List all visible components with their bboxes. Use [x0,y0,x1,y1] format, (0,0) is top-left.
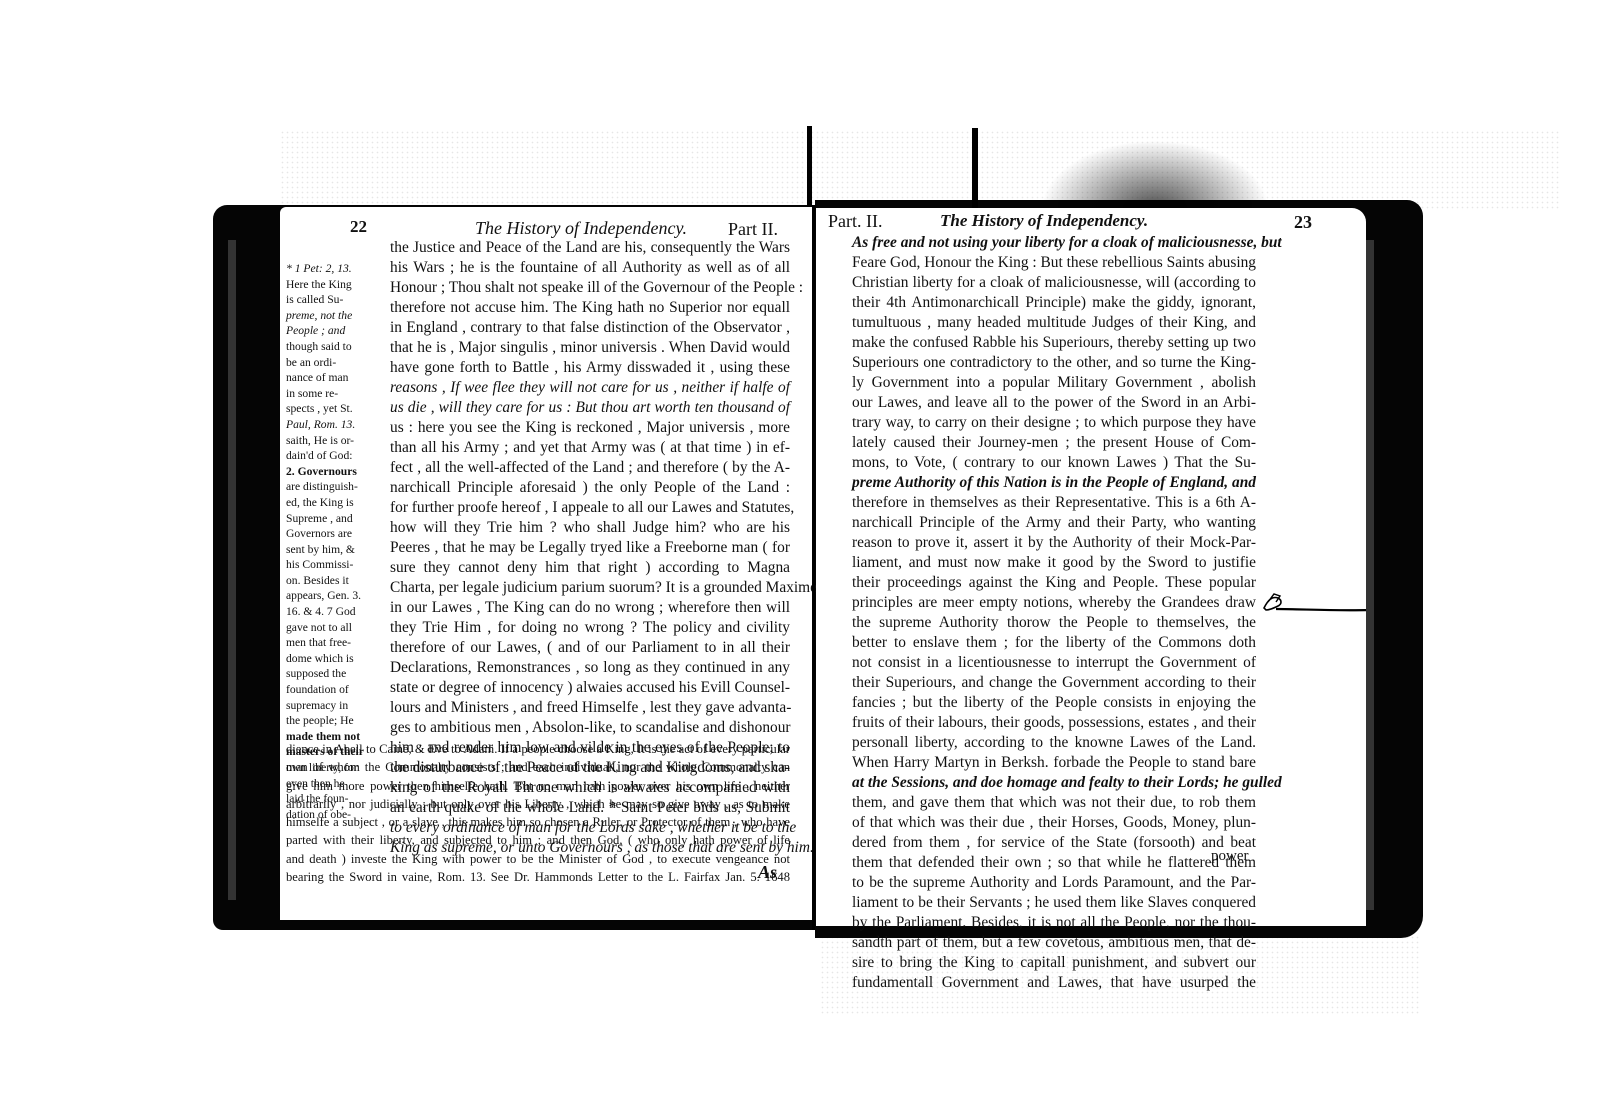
body-line: the supreme Authority thorow the People … [852,613,1256,633]
body-line: reasons , If wee flee they will not care… [390,378,790,398]
body-line: When Harry Martyn in Berksh. forbade the… [852,753,1256,773]
body-line: at the Sessions, and doe homage and feal… [852,773,1256,793]
body-line: better to enslave them ; for the liberty… [852,633,1256,653]
body-line: mons, to Vote, ( contrary to our known L… [852,453,1256,473]
right-body-text: As free and not using your liberty for a… [852,233,1256,993]
spine-mark-right [972,128,978,210]
pointing-hand-icon [1262,590,1372,620]
left-page-number: 22 [350,217,367,237]
body-line: narchicall Principle of the Army and the… [852,513,1256,533]
right-running-title: The History of Independency. [940,211,1148,231]
scan-noise-top [280,130,1560,210]
margin-line: Governors are [286,526,386,542]
book-gutter [812,205,815,930]
body-line: ges to ambitious men , Absolon-like, to … [390,718,790,738]
margin-line: dain'd of God: [286,448,386,464]
body-line: not consist in a licentiousnesse to inte… [852,653,1256,673]
body-line: their proceedings against the King and P… [852,573,1256,593]
body-line: therefore of our Lawes, ( and of our Par… [390,638,790,658]
body-line: the Justice and Peace of the Land are hi… [390,238,790,258]
right-catchword: power [1211,848,1249,865]
right-page: Part. II. The History of Independency. 2… [816,208,1366,926]
margin-line: Paul, Rom. 13. [286,417,386,433]
footnote-line: dience in Abell to Caine, & Eve to Adam.… [286,740,790,758]
margin-line: Here the King [286,277,386,293]
margin-line: though said to [286,339,386,355]
body-line: narchicall Principle aforesaid ) the onl… [390,478,790,498]
body-line: As free and not using your liberty for a… [852,233,1256,253]
body-line: fect , all the well-affected of the Land… [390,458,790,478]
body-line: preme Authority of this Nation is in the… [852,473,1256,493]
body-line: principles are meer empty notions, where… [852,593,1256,613]
margin-line: is called Su- [286,292,386,308]
right-page-edge [1366,240,1374,910]
body-line: than all his Army ; and yet that Army wa… [390,438,790,458]
margin-line: preme, not the [286,308,386,324]
margin-line: his Commissi- [286,557,386,573]
spine-mark-left [807,126,812,216]
body-line: in our Lawes , The King can do no wrong … [390,598,790,618]
body-line: liament, and must now make it good by th… [852,553,1256,573]
margin-line: sent by him, & [286,542,386,558]
body-line: his Wars ; he is the fountaine of all Au… [390,258,790,278]
margin-line: on. Besides it [286,573,386,589]
left-running-title: The History of Independency. [475,218,687,239]
body-line: us die , will they care for us : But tho… [390,398,790,418]
margin-line: * 1 Pet: 2, 13. [286,261,386,277]
body-line: of that which was their due , their Hors… [852,813,1256,833]
margin-line: Supreme , and [286,511,386,527]
body-line: have gone forth to Battle , his Army dis… [390,358,790,378]
body-line: their 4th Antimonarchicall Principle) ma… [852,293,1256,313]
body-line: personall liberty, according to the know… [852,733,1256,753]
footnote-line: man of whom the Commonalty consists ; an… [286,758,790,776]
margin-line: be an ordi- [286,355,386,371]
margin-line: saith, He is or- [286,433,386,449]
body-line: by the Parliament. Besides, it is not al… [852,913,1256,933]
margin-line: men that free- [286,635,386,651]
body-line: lours and Ministers , and freed Himselfe… [390,698,790,718]
body-line: sire to bring the King to capitall punis… [852,953,1256,973]
margin-line: are distinguish- [286,479,386,495]
margin-line: 2. Governours [286,464,386,480]
body-line: reason to prove it, assert it by the Aut… [852,533,1256,553]
body-line: to be the supreme Authority and Lords Pa… [852,873,1256,893]
margin-line: nance of man [286,370,386,386]
footnote-line: himselfe a subject , or a slave , this m… [286,813,790,831]
body-line: tumultuous , many headed multitude Judge… [852,313,1256,333]
left-page-edge [228,240,236,900]
body-line: Peeres , that he may be Legally tryed li… [390,538,790,558]
margin-line: spects , yet St. [286,401,386,417]
body-line: sandth part of them, but a few covetous,… [852,933,1256,953]
body-line: state or degree of innocency ) alwaies a… [390,678,790,698]
margin-line: supposed the [286,666,386,682]
body-line: ly Government into a popular Military Go… [852,373,1256,393]
footnote-line: parted with their liberty, and subjected… [286,831,790,849]
right-part-label: Part. II. [828,211,882,232]
left-part-label: Part II. [728,219,778,240]
body-line: therefore not accuse him. The King hath … [390,298,790,318]
margin-line: 16. & 4. 7 God [286,604,386,620]
body-line: fancies ; but the liberty of the People … [852,693,1256,713]
body-line: Superiours one contradictory to the othe… [852,353,1256,373]
margin-line: the people; He [286,713,386,729]
body-line: Honour ; Thou shalt not speake ill of th… [390,278,790,298]
body-line: Christian liberty for a cloak of malicio… [852,273,1256,293]
body-line: sure they cannot deny him that right ) a… [390,558,790,578]
right-page-number: 23 [1294,212,1312,233]
body-line: us : here you see the King is reckoned ,… [390,418,790,438]
body-line: in England , contrary to that false dist… [390,318,790,338]
spine-shadow [1040,140,1270,210]
body-line: trary way, to carry on their designe ; t… [852,413,1256,433]
body-line: make the confused Rabble his Superiours,… [852,333,1256,353]
body-line: fundamentall Government and Lawes, that … [852,973,1256,993]
margin-line: in some re- [286,386,386,402]
margin-line: gave not to all [286,620,386,636]
footnote-line: bearing the Sword in vaine, Rom. 13. See… [286,868,790,886]
body-line: liament to be their Servants ; he used t… [852,893,1256,913]
margin-line: ed, the King is [286,495,386,511]
body-line: for further proofe hereof , I appeale to… [390,498,790,518]
margin-line: foundation of [286,682,386,698]
body-line: them that defended their own ; so that w… [852,853,1256,873]
marginal-note: * 1 Pet: 2, 13. Here the King is called … [286,261,386,822]
margin-line: supremacy in [286,698,386,714]
margin-line: appears, Gen. 3. [286,588,386,604]
body-line: our Lawes, and leave all to the power of… [852,393,1256,413]
left-page: 22 The History of Independency. Part II.… [280,207,812,920]
body-line: them, and gave them that which was not t… [852,793,1256,813]
body-line: dered from them , for service of the Sta… [852,833,1256,853]
margin-line: People ; and [286,323,386,339]
footnote-line: give him more power then himselfe hath. … [286,777,790,795]
body-line: therefore in themselves as their Represe… [852,493,1256,513]
footnote-line: and death ) investe the King with power … [286,850,790,868]
footnote-line: arbitrarily , nor judicially ; but only … [286,795,790,813]
body-line: that he is , Major singulis , minor univ… [390,338,790,358]
body-line: Charta, per legale judicium parium suoru… [390,578,790,598]
left-catchword: As [758,862,777,883]
body-line: how will they Trie him ? who shall Judge… [390,518,790,538]
body-line: Declarations, Remonstrances , so long as… [390,658,790,678]
body-line: Feare God, Honour the King : But these r… [852,253,1256,273]
footnote-block: dience in Abell to Caine, & Eve to Adam.… [286,740,790,886]
body-line: fruits of their labours, their goods, po… [852,713,1256,733]
body-line: lately caused their Journey-men ; the pr… [852,433,1256,453]
body-line: their Superiours, and change the Governm… [852,673,1256,693]
margin-line: dome which is [286,651,386,667]
body-line: they Trie Him , for doing no wrong ? The… [390,618,790,638]
